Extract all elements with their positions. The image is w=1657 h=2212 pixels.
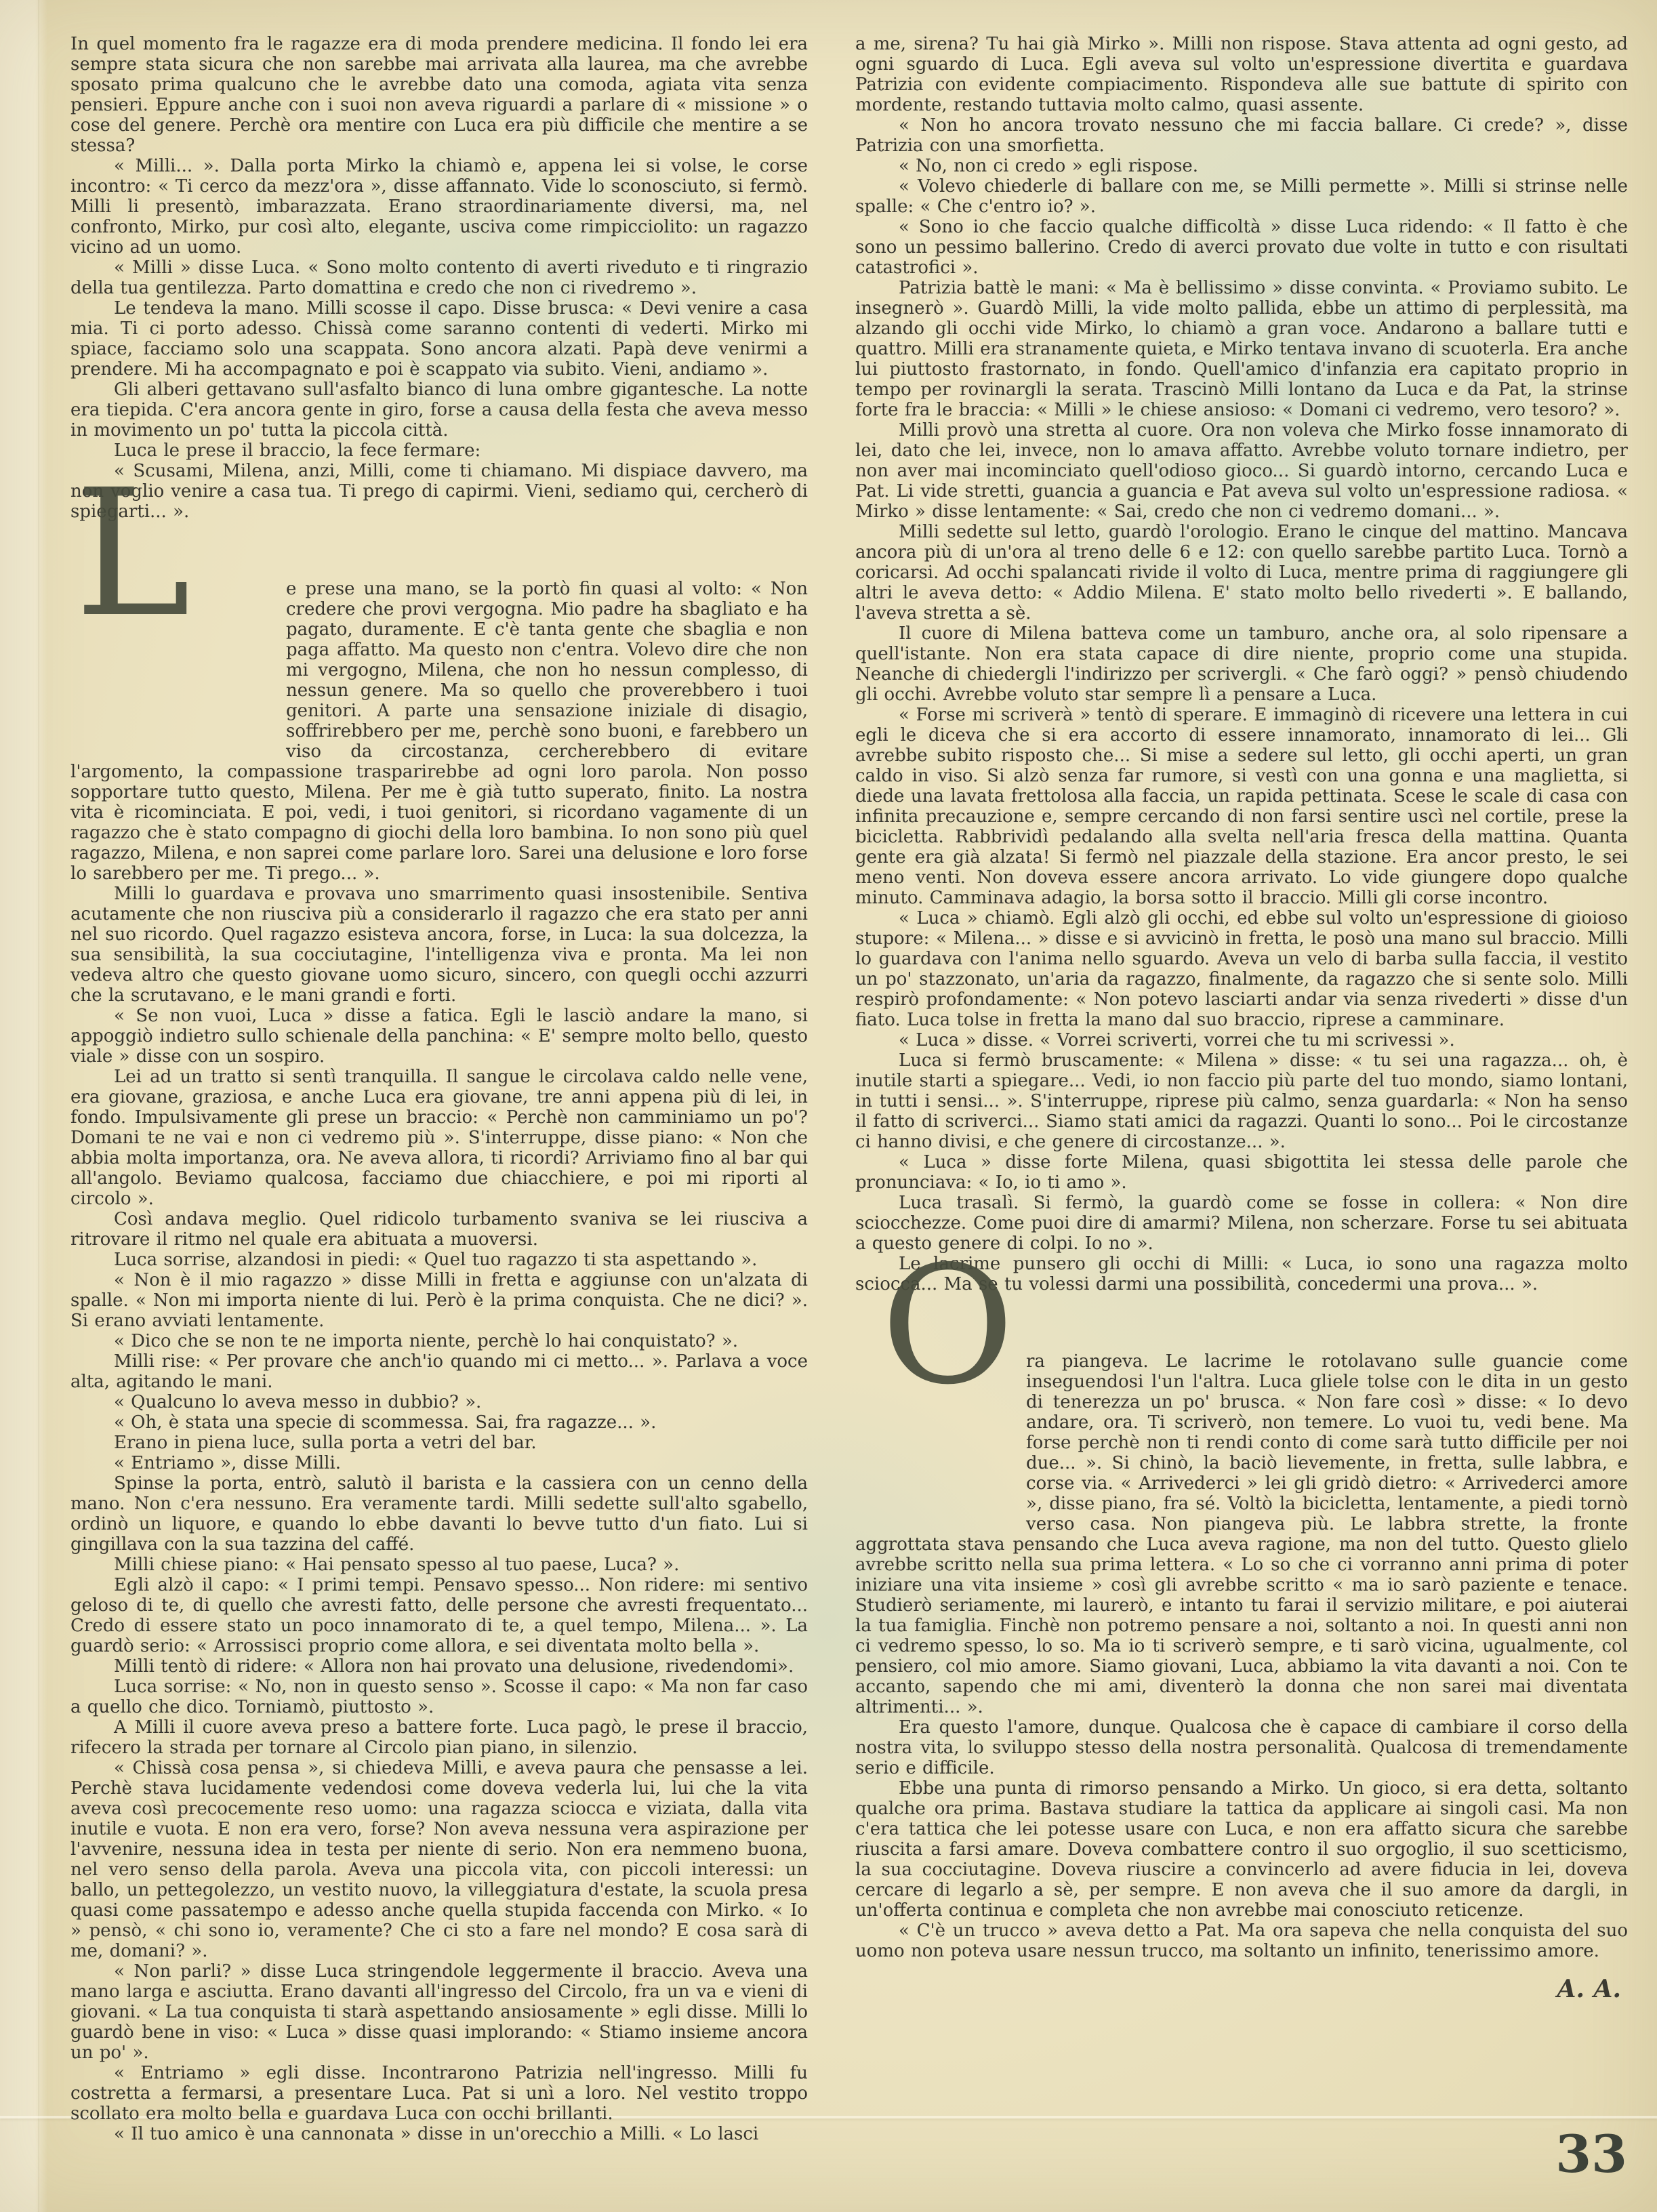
paragraph-text: « Non ho ancora trovato nessuno che mi f… [855,115,1628,156]
paragraph: « Non ho ancora trovato nessuno che mi f… [855,115,1628,156]
paragraph: Lei ad un tratto si sentì tranquilla. Il… [70,1067,808,1209]
paragraph: Le prese una mano, se la portò fin quasi… [70,579,808,884]
paragraph: « Milli » disse Luca. « Sono molto conte… [70,258,808,298]
paragraph: « Dico che se non te ne importa niente, … [70,1331,808,1351]
paragraph: « Non parli? » disse Luca stringendole l… [70,1961,808,2063]
paragraph-text: Milli chiese piano: « Hai pensato spesso… [114,1555,679,1575]
paragraph: « Sono io che faccio qualche difficoltà … [855,217,1628,278]
paragraph: Gli alberi gettavano sull'asfalto bianco… [70,380,808,441]
paragraph: « Oh, è stata una specie di scommessa. S… [70,1412,808,1433]
paragraph-text: « Oh, è stata una specie di scommessa. S… [114,1412,656,1433]
paragraph-text: A Milli il cuore aveva preso a battere f… [70,1717,808,1758]
paragraph-text: Milli rise: « Per provare che anch'io qu… [70,1351,808,1392]
paragraph-text: « Luca » disse forte Milena, quasi sbigo… [855,1152,1628,1193]
paragraph: Così andava meglio. Quel ridicolo turbam… [70,1209,808,1250]
paragraph-text: Gli alberi gettavano sull'asfalto bianco… [70,380,808,441]
paragraph: Patrizia battè le mani: « Ma è bellissim… [855,278,1628,420]
paragraph-text: « No, non ci credo » egli rispose. [899,156,1198,176]
paragraph-text: « Il tuo amico è una cannonata » disse i… [114,2124,758,2144]
paragraph: Ebbe una punta di rimorso pensando a Mir… [855,1778,1628,1921]
paragraph: Luca si fermò bruscamente: « Milena » di… [855,1050,1628,1152]
paragraph-text: « Dico che se non te ne importa niente, … [114,1331,738,1351]
paragraph-text: « Volevo chiederle di ballare con me, se… [855,176,1628,217]
paragraph-text: « Qualcuno lo aveva messo in dubbio? ». [114,1392,481,1412]
paragraph: « Entriamo » egli disse. Incontrarono Pa… [70,2063,808,2124]
paragraph-text: « Luca » disse. « Vorrei scriverti, vorr… [899,1030,1455,1050]
paragraph-text: « Sono io che faccio qualche difficoltà … [855,217,1628,278]
paragraph: Erano in piena luce, sulla porta a vetri… [70,1433,808,1453]
paragraph: « Volevo chiederle di ballare con me, se… [855,176,1628,217]
paragraph: Milli lo guardava e provava uno smarrime… [70,884,808,1006]
paragraph: « Milli... ». Dalla porta Mirko la chiam… [70,156,808,258]
paragraph: Milli tentò di ridere: « Allora non hai … [70,1656,808,1677]
paragraph-text: Luca sorrise, alzandosi in piedi: « Quel… [114,1250,757,1270]
paragraph: Luca sorrise, alzandosi in piedi: « Quel… [70,1250,808,1270]
paragraph-text: Milli lo guardava e provava uno smarrime… [70,884,808,1006]
drop-cap: L [70,579,286,762]
paragraph: Milli rise: « Per provare che anch'io qu… [70,1351,808,1392]
drop-cap-letter: L [75,544,190,564]
paragraph: « Qualcuno lo aveva messo in dubbio? ». [70,1392,808,1412]
paragraph: « Entriamo », disse Milli. [70,1453,808,1473]
paragraph: A Milli il cuore aveva preso a battere f… [70,1717,808,1758]
paragraph: a me, sirena? Tu hai già Mirko ». Milli … [855,34,1628,115]
paragraph-text: Milli provò una stretta al cuore. Ora no… [855,420,1628,522]
paragraph: « C'è un trucco » aveva detto a Pat. Ma … [855,1921,1628,1961]
paragraph-text: « Se non vuoi, Luca » disse a fatica. Eg… [70,1006,808,1067]
paragraph-text: Era questo l'amore, dunque. Qualcosa che… [855,1717,1628,1778]
paragraph-text: « Non parli? » disse Luca stringendole l… [70,1961,808,2063]
paragraph-text: « Luca » chiamò. Egli alzò gli occhi, ed… [855,908,1628,1030]
paragraph: Ora piangeva. Le lacrime le rotolavano s… [855,1351,1628,1717]
paragraph-text: « Chissà cosa pensa », si chiedeva Milli… [70,1758,808,1961]
paragraph: « No, non ci credo » egli rispose. [855,156,1628,176]
paragraph: Le tendeva la mano. Milli scosse il capo… [70,298,808,380]
paragraph: Milli sedette sul letto, guardò l'orolog… [855,522,1628,623]
paragraph-text: Erano in piena luce, sulla porta a vetri… [114,1433,537,1453]
paragraph-text: Il cuore di Milena batteva come un tambu… [855,623,1628,705]
paragraph: « Forse mi scriverà » tentò di sperare. … [855,705,1628,908]
paragraph: Egli alzò il capo: « I primi tempi. Pens… [70,1575,808,1656]
paragraph: Il cuore di Milena batteva come un tambu… [855,623,1628,705]
paragraph-text: « C'è un trucco » aveva detto a Pat. Ma … [855,1921,1628,1961]
paragraph-text: Così andava meglio. Quel ridicolo turbam… [70,1209,808,1250]
drop-cap: O [855,1351,1026,1534]
paragraph-text: Luca sorrise: « No, non in questo senso … [70,1677,808,1717]
paragraph-text: Egli alzò il capo: « I primi tempi. Pens… [70,1575,808,1656]
paragraph-text: a me, sirena? Tu hai già Mirko ». Milli … [855,34,1628,115]
author-signature: A. A. [855,1979,1621,1999]
paragraph-text: « Milli... ». Dalla porta Mirko la chiam… [70,156,808,258]
paragraph-text: Milli sedette sul letto, guardò l'orolog… [855,522,1628,623]
paragraph-text: Milli tentò di ridere: « Allora non hai … [114,1656,794,1677]
paragraph: « Il tuo amico è una cannonata » disse i… [70,2124,808,2144]
paragraph-text: « Entriamo » egli disse. Incontrarono Pa… [70,2063,808,2124]
paragraph: « Luca » disse forte Milena, quasi sbigo… [855,1152,1628,1193]
paragraph-text: Spinse la porta, entrò, salutò il barist… [70,1473,808,1555]
paragraph: Luca sorrise: « No, non in questo senso … [70,1677,808,1717]
paragraph: Milli provò una stretta al cuore. Ora no… [855,420,1628,522]
paragraph-text: Luca si fermò bruscamente: « Milena » di… [855,1050,1628,1152]
paragraph: Era questo l'amore, dunque. Qualcosa che… [855,1717,1628,1778]
paragraph-text: « Non è il mio ragazzo » disse Milli in … [70,1270,808,1331]
text-column-right: a me, sirena? Tu hai già Mirko ». Milli … [855,34,1628,1999]
paragraph-text: « Forse mi scriverà » tentò di sperare. … [855,705,1628,908]
paragraph: In quel momento fra le ragazze era di mo… [70,34,808,156]
paragraph-text: Ebbe una punta di rimorso pensando a Mir… [855,1778,1628,1921]
drop-cap-letter: O [881,1315,1015,1336]
paragraph: Milli chiese piano: « Hai pensato spesso… [70,1555,808,1575]
magazine-page: In quel momento fra le ragazze era di mo… [0,0,1657,2212]
paper-fold-line [38,0,39,2212]
paragraph-text: Lei ad un tratto si sentì tranquilla. Il… [70,1067,808,1209]
paragraph: Spinse la porta, entrò, salutò il barist… [70,1473,808,1555]
paragraph: « Non è il mio ragazzo » disse Milli in … [70,1270,808,1331]
paragraph: « Chissà cosa pensa », si chiedeva Milli… [70,1758,808,1961]
text-column-left: In quel momento fra le ragazze era di mo… [70,34,808,2144]
paragraph-text: Le tendeva la mano. Milli scosse il capo… [70,298,808,380]
paragraph-text: « Entriamo », disse Milli. [114,1453,341,1473]
paragraph: « Luca » chiamò. Egli alzò gli occhi, ed… [855,908,1628,1030]
paragraph: « Luca » disse. « Vorrei scriverti, vorr… [855,1030,1628,1050]
paragraph-text: In quel momento fra le ragazze era di mo… [70,34,808,156]
paragraph-text: Patrizia battè le mani: « Ma è bellissim… [855,278,1628,420]
paragraph: « Se non vuoi, Luca » disse a fatica. Eg… [70,1006,808,1067]
page-number: 33 [1555,2124,1627,2184]
paragraph-text: « Milli » disse Luca. « Sono molto conte… [70,258,808,298]
